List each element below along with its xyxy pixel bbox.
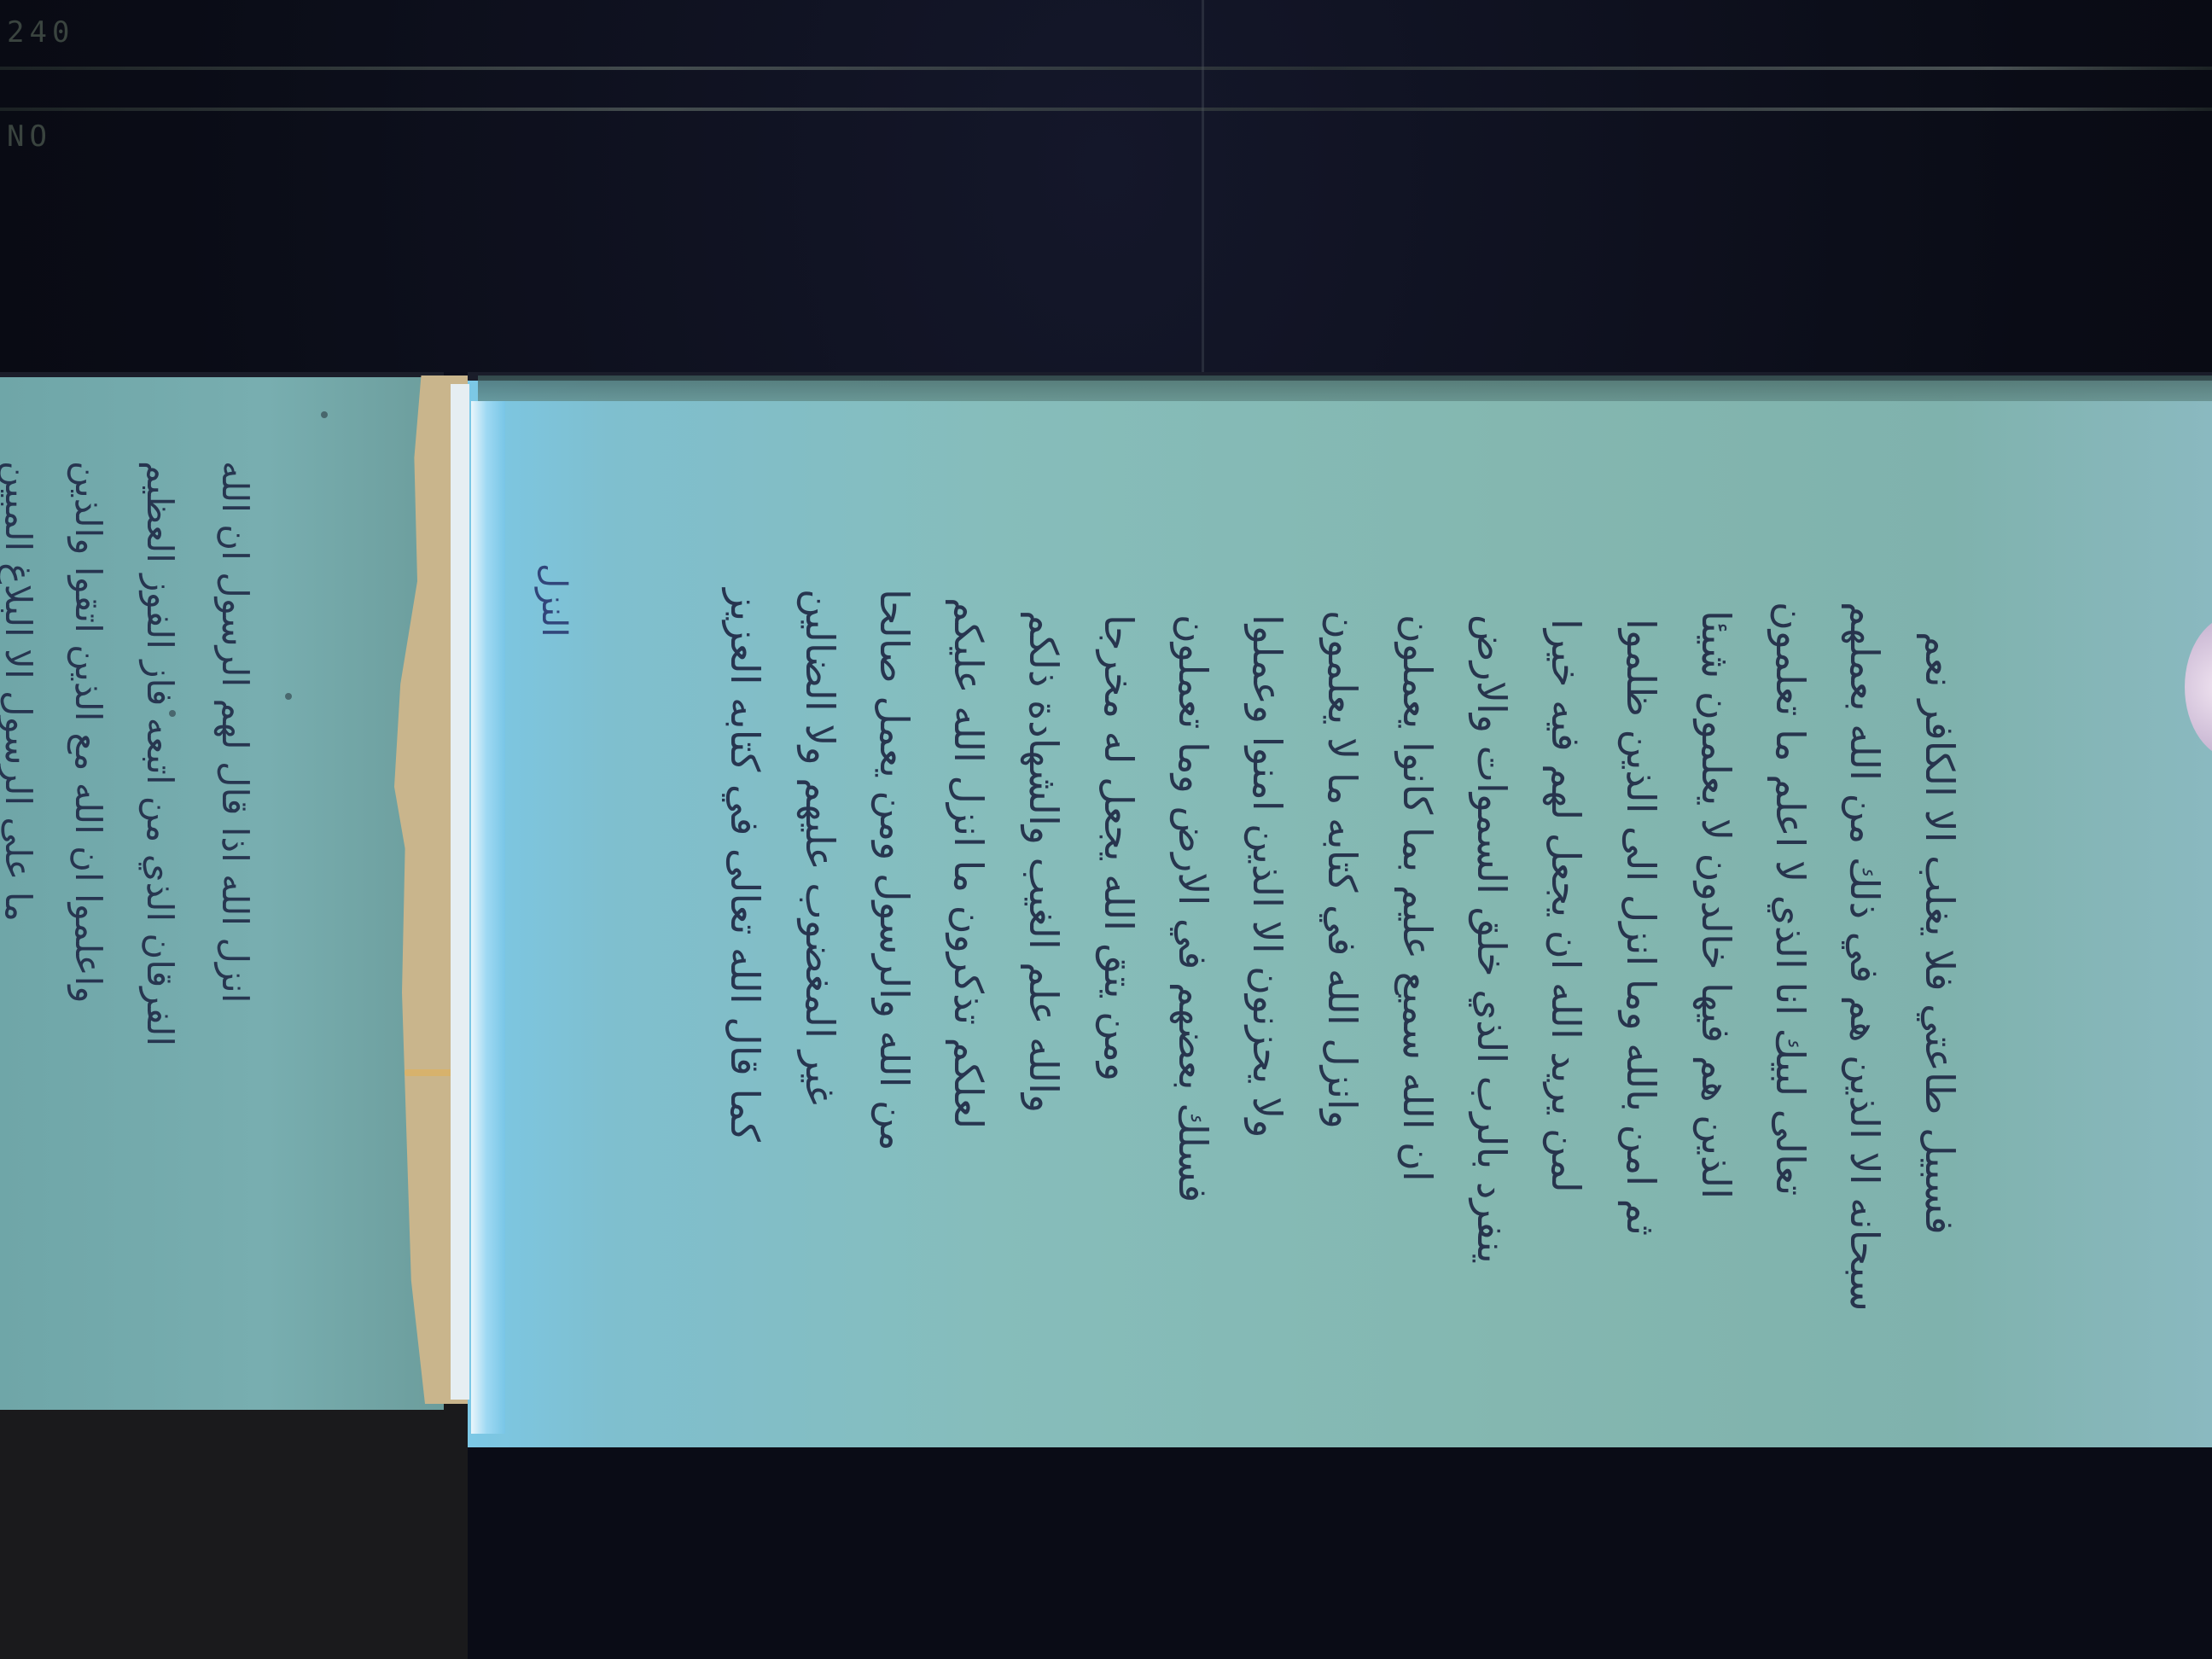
- page-rim: [478, 375, 2212, 401]
- right-page-line: ثم امن بالله وما انزل الى الذين ظلموا: [1618, 619, 1664, 1236]
- right-page-line: لعلكم تذكرون ما انزل الله عليكم: [946, 597, 992, 1129]
- bottom-board-left: [0, 1400, 468, 1659]
- page-inner-edge: [471, 401, 505, 1434]
- right-page-line: ان الله سميع عليم بما كانوا يعملون: [1394, 614, 1441, 1182]
- right-page-line: غير المغضوب عليهم ولا الضالين: [797, 589, 843, 1105]
- left-page-line: واعلموا ان الله مع الذين اتقوا والذين: [67, 461, 109, 1004]
- right-page-line: من الله والرسول ومن يعمل صالحا: [871, 589, 917, 1151]
- gutter-strip: [451, 384, 469, 1400]
- right-page-line: ومن يتق الله يجعل له مخرجا: [1096, 614, 1142, 1081]
- right-page-line: والله علم الغيب والشهادة ذلكم: [1021, 610, 1067, 1113]
- grid-line: [1202, 0, 1204, 375]
- ink-spot: [321, 411, 328, 418]
- left-page-line: ما على الرسول الا البلاغ المبين: [0, 461, 39, 922]
- right-page-line: ولا يحزنون الا الذين امنوا وعملوا: [1244, 614, 1290, 1138]
- right-page-line: كما قال الله تعالى في كتابه العزيز: [722, 589, 768, 1142]
- ink-spot: [285, 693, 292, 700]
- right-page-line: فسلك بعضهم في الارض وما تعملون: [1170, 614, 1216, 1202]
- corner-label-bottom: NO: [7, 119, 52, 154]
- right-page-line: وانزل الله في كتابه ما لا يعلمون: [1319, 610, 1365, 1129]
- catchword: النزل: [534, 563, 573, 637]
- right-page-line: تعالى لبيك انا الذي لا اعلم ما تعلمون: [1767, 602, 1813, 1196]
- right-page-line: ينفرد بالرب الذي خلق السموات والارض: [1469, 614, 1515, 1264]
- right-page-line: الذين هم فيها خالدون لا يعلمون شيئا: [1693, 610, 1739, 1199]
- ruler-line: [0, 108, 2212, 111]
- right-page-line: سبحانه الا الذين هم في ذلك من الله بعمله…: [1842, 602, 1888, 1312]
- corner-label-top: 240: [7, 15, 74, 49]
- ruler-line: [0, 67, 2212, 70]
- left-page-line: الفرقان الذي من اتبعه فاز الفوز العظيم: [139, 461, 181, 1046]
- left-page-line: انزل الله اذا قال لهم الرسول ان الله: [214, 461, 256, 1003]
- right-page-line: فسبيل طاعتي فلا يغلب الا الكافر نعم: [1917, 632, 1963, 1235]
- right-page-line: لمن يريد الله ان يجعل لهم فيه خيرا: [1543, 619, 1589, 1193]
